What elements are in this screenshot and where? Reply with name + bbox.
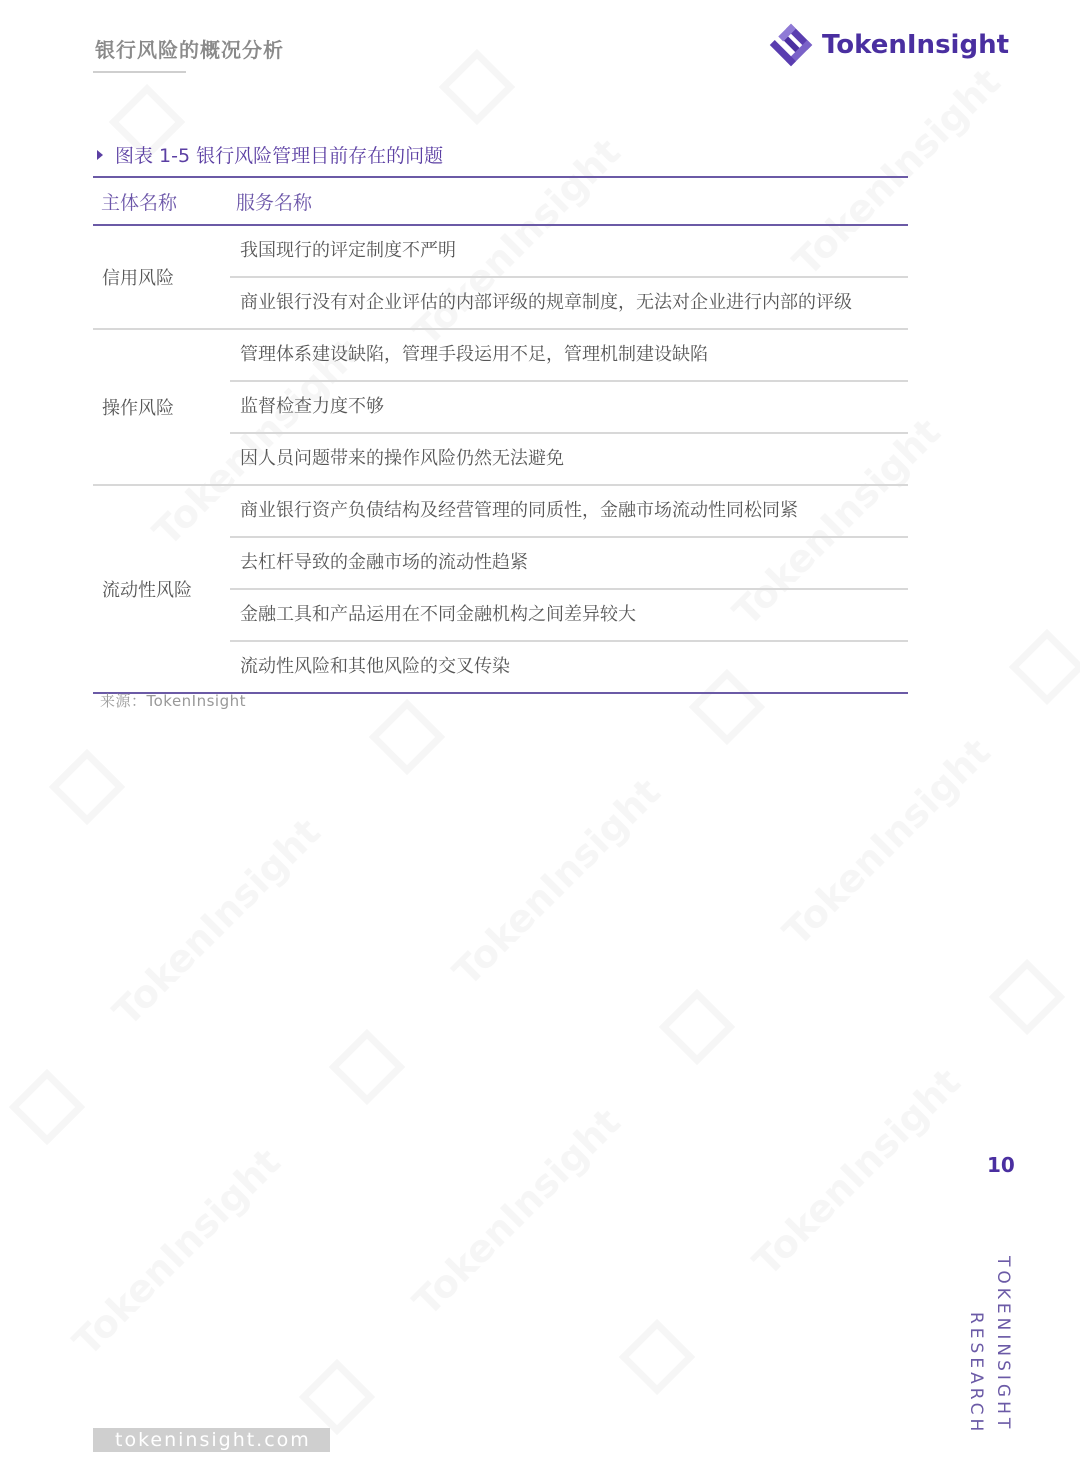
vertical-brand-line1: TOKENINSIGHT [993,1256,1013,1432]
subject-cell: 操作风险 [93,329,230,485]
item-cell: 我国现行的评定制度不严明 [230,225,908,277]
table-row: 流动性风险 商业银行资产负债结构及经营管理的同质性，金融市场流动性同松同紧 [93,485,908,537]
watermark: TokenInsight [744,1060,968,1284]
section-underline [93,71,186,73]
risk-table: 主体名称 服务名称 信用风险 我国现行的评定制度不严明 商业银行没有对企业评估的… [93,176,908,694]
caption-triangle-icon [97,150,103,160]
item-cell: 商业银行资产负债结构及经营管理的同质性，金融市场流动性同松同紧 [230,485,908,537]
watermark: TokenInsight [444,770,668,994]
item-cell: 商业银行没有对企业评估的内部评级的规章制度，无法对企业进行内部的评级 [230,277,908,329]
brand-logo: TokenInsight [768,22,1009,68]
watermark-logo-icon [989,959,1065,1035]
vertical-brand-line2: RESEARCH [966,1312,986,1435]
watermark: TokenInsight [774,730,998,954]
watermark-logo-icon [9,1069,85,1145]
watermark: TokenInsight [64,1140,288,1364]
watermark-logo-icon [299,1359,375,1435]
watermark-logo-icon [659,989,735,1065]
watermark-logo-icon [329,1029,405,1105]
item-cell: 去杠杆导致的金融市场的流动性趋紧 [230,537,908,589]
tokeninsight-logo-icon [768,22,814,68]
table-header-row: 主体名称 服务名称 [93,177,908,225]
watermark: TokenInsight [104,810,328,1034]
item-cell: 金融工具和产品运用在不同金融机构之间差异较大 [230,589,908,641]
caption-text: 图表 1-5 银行风险管理目前存在的问题 [115,141,443,168]
logo-wordmark: TokenInsight [822,30,1009,60]
watermark-logo-icon [369,699,445,775]
item-cell: 流动性风险和其他风险的交叉传染 [230,641,908,693]
subject-cell: 信用风险 [93,225,230,329]
column-header-service: 服务名称 [230,177,908,225]
watermark-logo-icon [439,49,515,125]
section-title: 银行风险的概况分析 [95,34,284,63]
item-cell: 监督检查力度不够 [230,381,908,433]
subject-cell: 流动性风险 [93,485,230,693]
item-cell: 因人员问题带来的操作风险仍然无法避免 [230,433,908,485]
website-link[interactable]: tokeninsight.com [93,1428,330,1452]
column-header-subject: 主体名称 [93,177,230,225]
page-number: 10 [987,1153,1015,1177]
table-row: 操作风险 管理体系建设缺陷，管理手段运用不足，管理机制建设缺陷 [93,329,908,381]
watermark-logo-icon [49,749,125,825]
table-row: 信用风险 我国现行的评定制度不严明 [93,225,908,277]
item-cell: 管理体系建设缺陷，管理手段运用不足，管理机制建设缺陷 [230,329,908,381]
watermark-logo-icon [1009,629,1080,705]
watermark-logo-icon [619,1319,695,1395]
figure-caption: 图表 1-5 银行风险管理目前存在的问题 [97,141,443,168]
source-note: 来源：TokenInsight [100,690,246,711]
watermark: TokenInsight [404,1100,628,1324]
